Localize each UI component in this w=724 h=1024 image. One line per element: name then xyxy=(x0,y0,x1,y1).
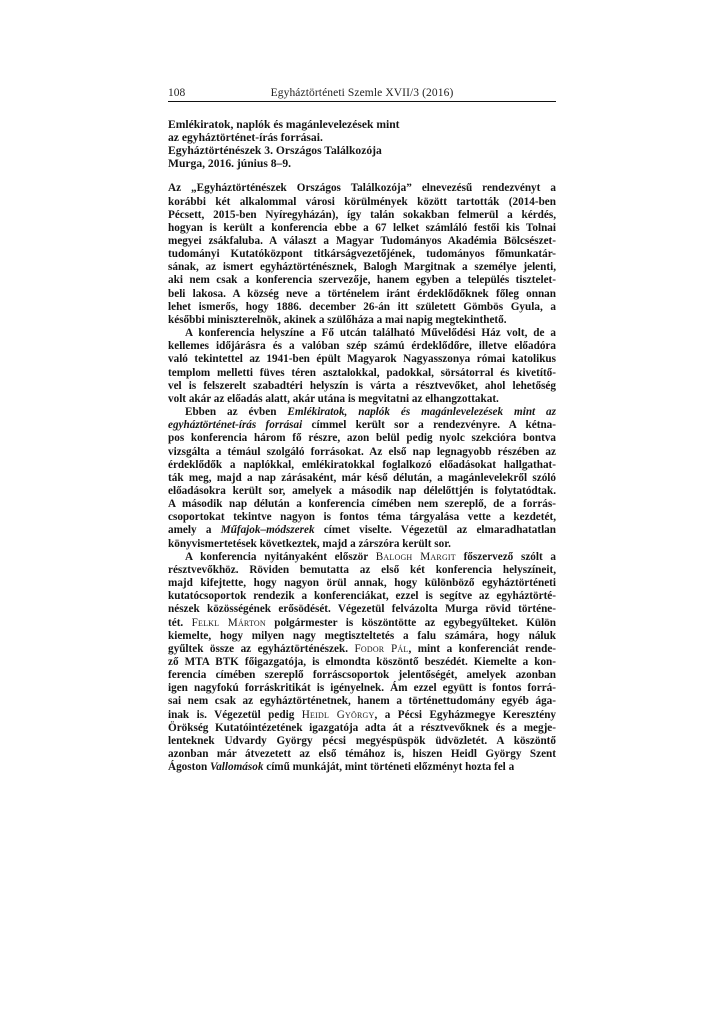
text-line: aki nem csak a konferencia szervezője, h… xyxy=(168,274,556,287)
text-line: hogyan is került a konferencia ebbe a 67… xyxy=(168,222,556,235)
running-head: 108 Egyháztörténeti Szemle XVII/3 (2016) xyxy=(168,86,556,100)
title-line: Egyháztörténészek 3. Országos Találkozój… xyxy=(168,144,556,157)
text-line: tudományi Kutatóközpont titkárságvezetőj… xyxy=(168,248,556,261)
text-line: tét. Felkl Márton polgármester is köszön… xyxy=(168,617,556,630)
text-line: előadásokra került sor, amelyek a másodi… xyxy=(168,485,556,498)
text-line: sának, az ismert egyháztörténésznek, Bal… xyxy=(168,261,556,274)
text-line: gyűltek össze az egyháztörténészek. Fodo… xyxy=(168,643,556,656)
text-line: későbbi miniszterelnök, akinek a szülőhá… xyxy=(168,314,556,327)
journal-page: 108 Egyháztörténeti Szemle XVII/3 (2016)… xyxy=(168,86,556,774)
title-line: Murga, 2016. június 8–9. xyxy=(168,157,556,170)
header-rule xyxy=(168,101,556,102)
title-line: az egyháztörténet-írás forrásai. xyxy=(168,131,556,144)
text-line: amely a Műfajok–módszerek címet viselte.… xyxy=(168,524,556,537)
article-body: Az „Egyháztörténészek Országos Találkozó… xyxy=(168,182,556,774)
paragraph: Az „Egyháztörténészek Országos Találkozó… xyxy=(168,182,556,327)
text-line: kiemelte, hogy milyen nagy megtiszteltet… xyxy=(168,630,556,643)
text-line: ferencia címében szereplő forráscsoporto… xyxy=(168,669,556,682)
text-line: érdeklődők a naplókkal, emlékiratokkal f… xyxy=(168,459,556,472)
text-line: való tekintettel az 1941-ben épült Magya… xyxy=(168,353,556,366)
text-line: nészek közösségének erősödését. Végezetü… xyxy=(168,603,556,616)
text-line: A második nap délután a konferencia címé… xyxy=(168,498,556,511)
text-line: könyvismertetések következtek, majd a zá… xyxy=(168,538,556,551)
text-line: vizsgálta a témául szolgáló forrásokat. … xyxy=(168,446,556,459)
text-line: csoportokat tekintve nagyon is fontos té… xyxy=(168,511,556,524)
text-line: kellemes időjárásra és a valóban szép sz… xyxy=(168,340,556,353)
text-line: inak is. Végezetül pedig Heidl György, a… xyxy=(168,709,556,722)
text-line: vel is felszerelt szabadtéri helyszín is… xyxy=(168,380,556,393)
text-line: résztvevőkhöz. Röviden bemutatta az első… xyxy=(168,564,556,577)
text-line: Örökség Kutatóintézetének igazgatója adt… xyxy=(168,722,556,735)
text-line: A konferencia helyszíne a Fő utcán talál… xyxy=(168,327,556,340)
text-line: templom melletti füves téren asztalokkal… xyxy=(168,367,556,380)
text-line: volt akár az előadás alatt, akár utána i… xyxy=(168,393,556,406)
text-line: lehet ismerős, hogy 1886. december 26-án… xyxy=(168,301,556,314)
text-line: A konferencia nyitányaként először Balog… xyxy=(168,551,556,564)
text-line: beli lakosa. A község neve a történelem … xyxy=(168,288,556,301)
text-line: igen nagyfokú forráskritikát is igényeln… xyxy=(168,682,556,695)
text-line: azonban már átvezetett az első témához i… xyxy=(168,748,556,761)
title-line: Emlékiratok, naplók és magánlevelezések … xyxy=(168,118,556,131)
text-line: Pécsett, 2015-ben Nyíregyházán), így tal… xyxy=(168,209,556,222)
paragraph: A konferencia nyitányaként először Balog… xyxy=(168,551,556,775)
text-line: ző MTA BTK főigazgatója, is elmondta kös… xyxy=(168,656,556,669)
text-line: korábbi két alkalommal városi körülménye… xyxy=(168,196,556,209)
text-line: sai nem csak az egyháztörténetnek, hanem… xyxy=(168,695,556,708)
text-line: majd kifejtette, hogy nagyon örül annak,… xyxy=(168,577,556,590)
text-line: megyei zsákfaluba. A választ a Magyar Tu… xyxy=(168,235,556,248)
text-line: ták meg, majd a nap zárásaként, már késő… xyxy=(168,472,556,485)
journal-title: Egyháztörténeti Szemle XVII/3 (2016) xyxy=(168,86,556,100)
text-line: kutatócsoportok rendezik a konferenciáka… xyxy=(168,590,556,603)
text-line: pos konferencia három fő részre, azon be… xyxy=(168,432,556,445)
paragraph: Ebben az évben Emlékiratok, naplók és ma… xyxy=(168,406,556,551)
text-line: Ágoston Vallomások című munkáját, mint t… xyxy=(168,761,556,774)
text-line: lenteknek Udvardy György pécsi megyéspüs… xyxy=(168,735,556,748)
text-line: Ebben az évben Emlékiratok, naplók és ma… xyxy=(168,406,556,419)
text-line: Az „Egyháztörténészek Országos Találkozó… xyxy=(168,182,556,195)
text-line: egyháztörténet-írás forrásai címmel kerü… xyxy=(168,419,556,432)
paragraph: A konferencia helyszíne a Fő utcán talál… xyxy=(168,327,556,406)
article-title: Emlékiratok, naplók és magánlevelezések … xyxy=(168,118,556,170)
